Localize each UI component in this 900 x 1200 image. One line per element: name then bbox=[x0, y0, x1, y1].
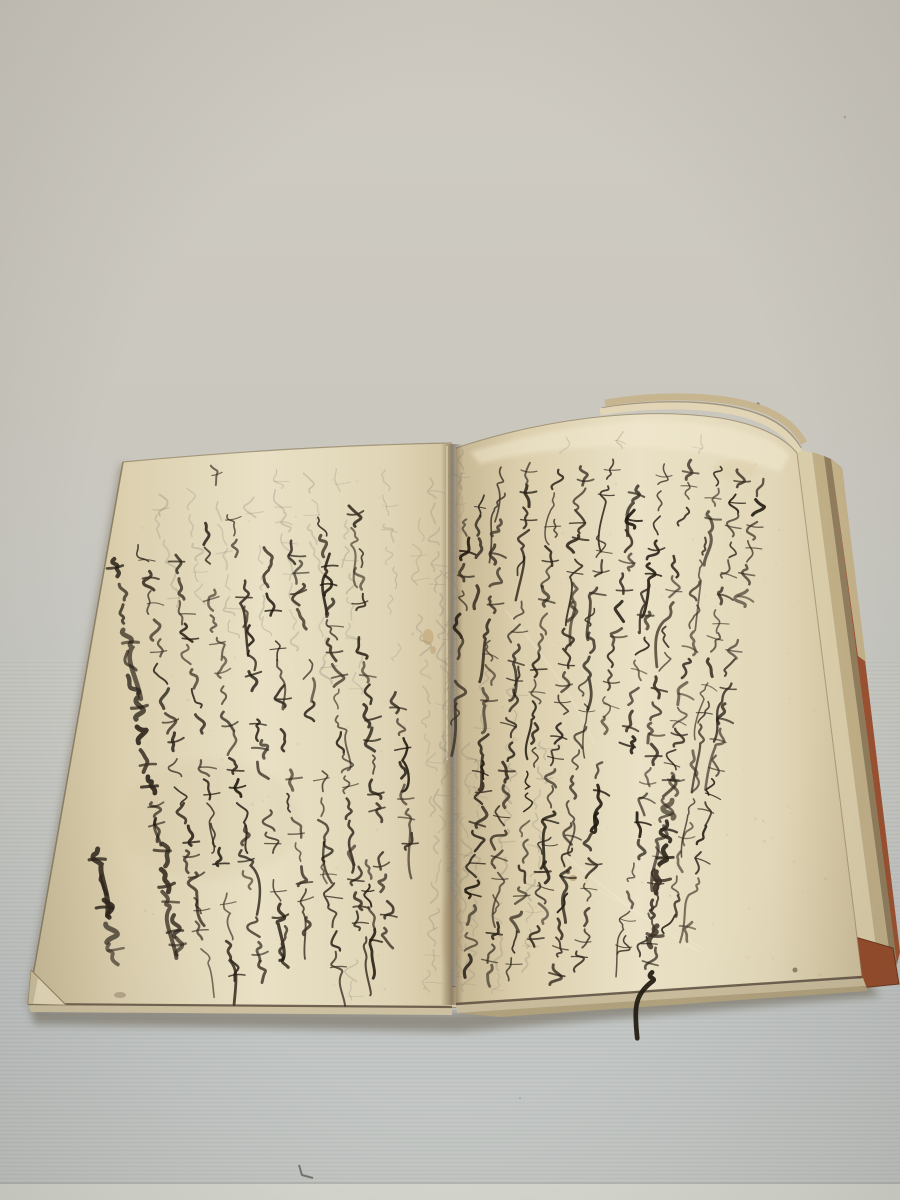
photo-scene bbox=[0, 0, 900, 1200]
photo-vignette bbox=[0, 0, 900, 1200]
photo-canvas bbox=[0, 0, 900, 1200]
